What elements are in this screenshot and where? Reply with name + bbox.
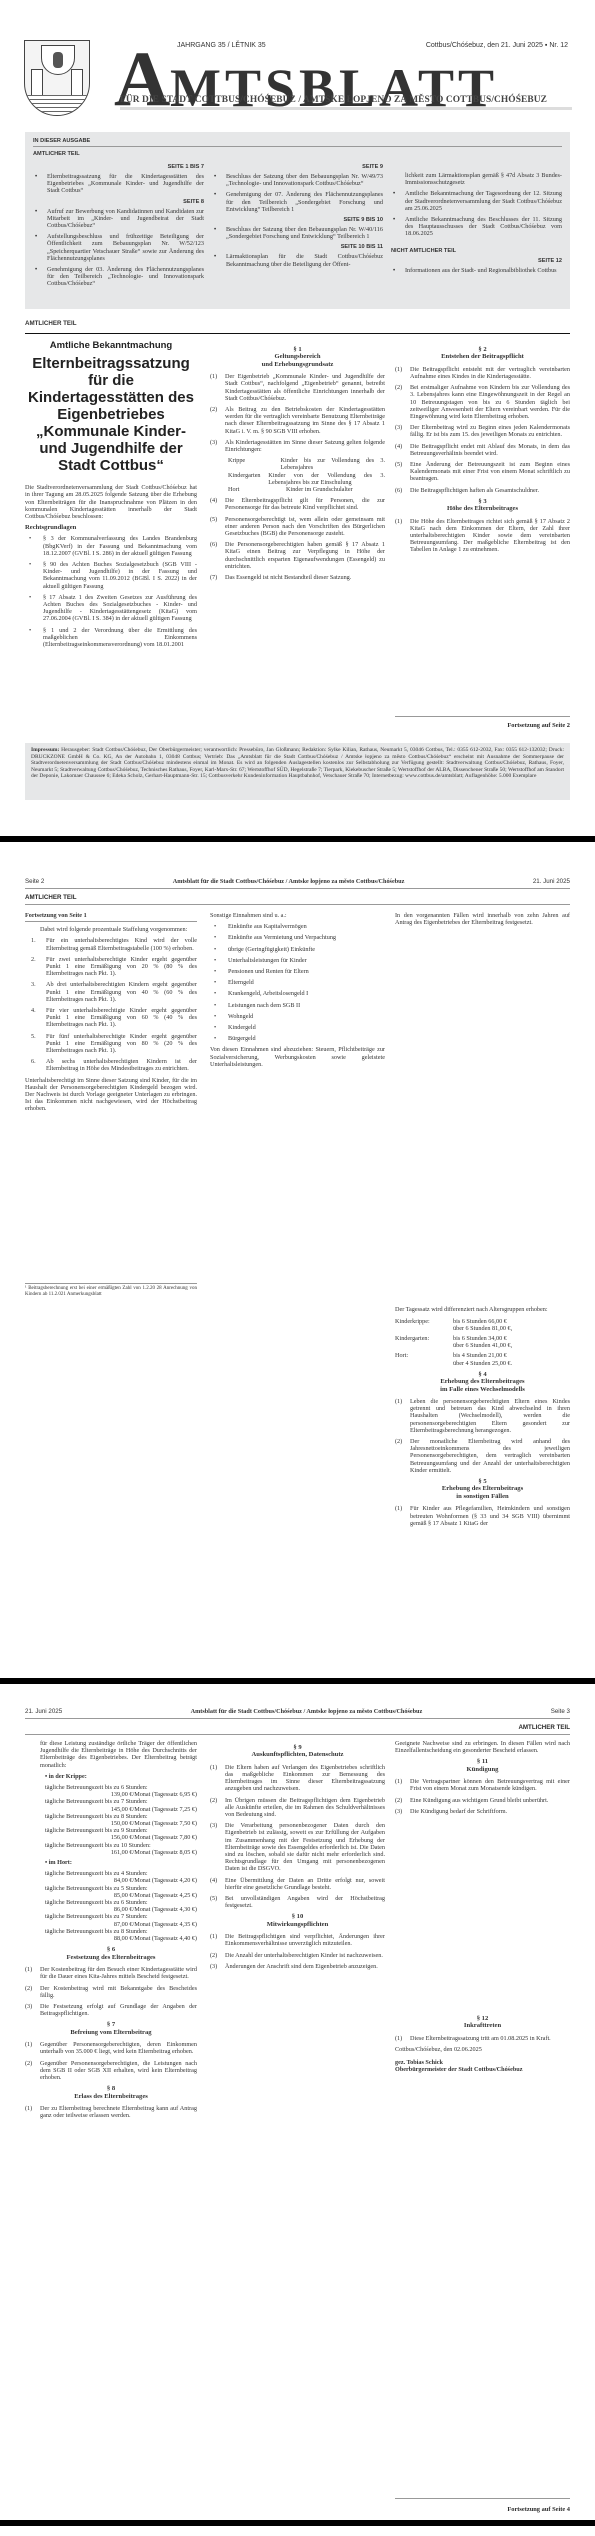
paragraph-5-heading: § 5 Erhebung des Elternbeitrags in sonst… <box>395 1478 570 1500</box>
rates-hort: • im Hort: tägliche Betreuungszeit bis z… <box>25 1859 197 1942</box>
paragraph-1-column: § 1 Geltungsbereich und Erhebungsgrundsa… <box>210 342 385 585</box>
place-date: Cottbus/Chóśebuz, den 02.06.2025 <box>395 2046 570 2053</box>
toc-item-continued[interactable]: lichkeit zum Lärmaktionsplan gemäß § 47d… <box>391 172 562 186</box>
legal-item: § 17 Absatz 1 des Zweiten Gesetzes zur A… <box>43 594 197 623</box>
paragraph-8-heading: § 8 Erlass des Elternbeitrages <box>25 2085 197 2100</box>
issue-date: 21. Juni 2025 <box>25 1708 62 1715</box>
masthead-subtitle: FÜR DIE STADT COTTBUS/CHÓŚEBUZ / AMTSKE … <box>120 95 572 110</box>
toc-item[interactable]: •Genehmigung der 03. Änderung des Fläche… <box>33 266 204 288</box>
paragraph-2-column: § 2 Entstehen der Beitragspflicht (1)Die… <box>395 342 570 558</box>
rates-krippe: • in der Krippe: tägliche Betreuungszeit… <box>25 1773 197 1856</box>
clause: Das Essengeld ist nicht Bestandteil dies… <box>225 574 351 581</box>
intro-text: Die Stadtverordnetenversammlung der Stad… <box>25 484 197 520</box>
daily-rates-table: Kinderkrippe:bis 6 Stunden 66,00 €über 6… <box>395 1318 570 1367</box>
clause: Die Beitragspflicht endet mit Ablauf des… <box>410 443 570 457</box>
page-number: Seite 3 <box>551 1708 570 1715</box>
toc-page-ref: SEITE 8 <box>33 199 204 205</box>
continued-link[interactable]: Fortsetzung auf Seite 2 <box>507 722 570 729</box>
issue-date: 21. Juni 2025 <box>533 878 570 885</box>
legal-item: § 90 des Achten Buches Sozialgesetzbuch … <box>43 561 197 590</box>
toc-page-ref: SEITE 1 BIS 7 <box>33 164 204 170</box>
clause: Als Kindertagesstätten im Sinne dieser S… <box>225 439 385 453</box>
clause: Die Höhe des Elternbeitrages richtet sic… <box>410 518 570 554</box>
staffel-item: Für ein unterhaltsberechtigtes Kind wird… <box>46 937 197 951</box>
page3-column-1: für diese Leistung zuständige örtliche T… <box>25 1740 197 2123</box>
paragraph-12-heading: § 12 Inkrafttreten <box>395 2015 570 2030</box>
page-2: Seite 2 Amtsblatt für die Stadt Cottbus/… <box>0 842 595 1684</box>
staffel-item: Für zwei unterhaltsberechtigte Kinder er… <box>46 956 197 978</box>
staffel-item: Ab drei unterhaltsberechtigten Kindern e… <box>46 981 197 1003</box>
table-of-contents: IN DIESER AUSGABE AMTLICHER TEIL SEITE 1… <box>25 132 570 309</box>
clause: Bei erstmaliger Aufnahme von Kindern bis… <box>410 384 570 420</box>
toc-item[interactable]: •Genehmigung der 07. Änderung des Fläche… <box>212 191 383 213</box>
clause: Die Beitragspflichtigen haften als Gesam… <box>410 487 539 494</box>
staffel-item: Für vier unterhaltsberechtigte Kinder er… <box>46 1007 197 1029</box>
paragraph-10-heading: § 10 Mitwirkungspflichten <box>210 1913 385 1928</box>
paragraph-4-heading: § 4 Erhebung des Elternbeitrages im Fall… <box>395 1371 570 1393</box>
clause: Der monatliche Elternbeitrag wird anhand… <box>410 1438 570 1474</box>
toc-item[interactable]: •Elternbeitragssatzung für die Kindertag… <box>33 173 204 195</box>
paragraph-7-heading: § 7 Befreiung vom Elternbeitrag <box>25 2021 197 2036</box>
body-text: In den vorgenannten Fällen wird innerhal… <box>395 912 570 926</box>
legal-basis-heading: Rechtsgrundlagen <box>25 524 197 531</box>
toc-item[interactable]: •Amtliche Bekanntmachung des Beschlusses… <box>391 216 562 238</box>
rates-intro: Der Tagessatz wird differenziert nach Al… <box>395 1306 570 1313</box>
page3-column-3: Geeignete Nachweise sind zu erbringen. I… <box>395 1740 570 2078</box>
page2-column-3: In den vorgenannten Fällen wird innerhal… <box>395 912 570 1531</box>
legal-item: § 1 und 2 der Verordnung über die Ermitt… <box>43 627 197 649</box>
clause: Die Personensorgeberechtigten haben gemä… <box>225 541 385 570</box>
toc-item[interactable]: •Aufstellungsbeschluss und frühzeitige B… <box>33 233 204 262</box>
announcement-title: Elternbeitragssatzung für die Kindertage… <box>25 355 197 474</box>
toc-unofficial-label: NICHT AMTLICHER TEIL <box>391 248 562 254</box>
clause: Eine Änderung der Betreuungszeit ist zum… <box>410 461 570 483</box>
issue-date-number: Cottbus/Chóśebuz, den 21. Juni 2025 ▪ Nr… <box>426 42 568 49</box>
staffel-intro: Dabei wird folgende prozentuale Staffelu… <box>25 926 197 933</box>
body-text: Sonstige Einnahmen sind u. a.: <box>210 912 385 919</box>
running-header: 21. Juni 2025 Amtsblatt für die Stadt Co… <box>25 1708 570 1719</box>
page-number: Seite 2 <box>25 878 44 885</box>
toc-column-1: SEITE 1 BIS 7 •Elternbeitragssatzung für… <box>33 160 204 292</box>
legal-item: § 3 der Kommunalverfassung des Landes Br… <box>43 535 197 557</box>
clause: Die Elternbeitragspflicht gilt für Perso… <box>225 497 385 511</box>
clause: Der Elternbeitrag wird zu Beginn eines j… <box>410 424 570 438</box>
body-text: für diese Leistung zuständige örtliche T… <box>25 1740 197 1769</box>
toc-page-ref: SEITE 9 BIS 10 <box>212 217 383 223</box>
running-title: Amtsblatt für die Stadt Cottbus/Chóśebuz… <box>191 1708 423 1715</box>
continued-from: Fortsetzung von Seite 1 <box>25 912 197 922</box>
staffel-item: Ab sechs unterhaltsberechtigten Kindern … <box>46 1058 197 1072</box>
facility-types: KrippeKinder bis zur Vollendung des 3. L… <box>210 457 385 493</box>
toc-page-ref: SEITE 12 <box>391 258 562 264</box>
toc-page-ref: SEITE 9 <box>212 164 383 170</box>
paragraph-1-heading: § 1 Geltungsbereich und Erhebungsgrundsa… <box>210 346 385 368</box>
toc-item[interactable]: •Amtliche Bekanntmachung der Tagesordnun… <box>391 190 562 212</box>
toc-official-label: AMTLICHER TEIL <box>33 151 562 157</box>
signer-role: Oberbürgermeister der Stadt Cottbus/Chóś… <box>395 2066 570 2073</box>
page-3: 21. Juni 2025 Amtsblatt für die Stadt Co… <box>0 1684 595 2526</box>
paragraph-2-heading: § 2 Entstehen der Beitragspflicht <box>395 346 570 361</box>
clause: Leben die personensorgeberechtigten Elte… <box>410 1398 570 1434</box>
continued-link[interactable]: Fortsetzung auf Seite 4 <box>507 2506 570 2513</box>
paragraph-3-heading: § 3 Höhe des Elternbeitrages <box>395 498 570 513</box>
page3-column-2: § 9 Auskunftspflichten, Datenschutz (1)D… <box>210 1740 385 1974</box>
masthead: JAHRGANG 35 / LĚTNIK 35 Cottbus/Chóśebuz… <box>24 40 572 116</box>
announcement-label: Amtliche Bekanntmachung <box>25 342 197 349</box>
toc-item[interactable]: •Aufruf zur Bewerbung von Kandidatinnen … <box>33 208 204 230</box>
body-text: Von diesen Einnahmen sind abzuziehen: St… <box>210 1046 385 1068</box>
section-header: AMTLICHER TEIL <box>25 320 570 334</box>
section-header: AMTLICHER TEIL <box>25 894 570 905</box>
clause: Personensorgeberechtigt ist, wem allein … <box>225 516 385 538</box>
paragraph-9-heading: § 9 Auskunftspflichten, Datenschutz <box>210 1744 385 1759</box>
clause: Die Beitragspflicht entsteht mit der ver… <box>410 366 570 380</box>
toc-page-ref: SEITE 10 BIS 11 <box>212 244 383 250</box>
running-header: Seite 2 Amtsblatt für die Stadt Cottbus/… <box>25 878 570 889</box>
toc-heading: IN DIESER AUSGABE <box>33 138 562 147</box>
body-text: Geeignete Nachweise sind zu erbringen. I… <box>395 1740 570 1754</box>
toc-column-3: lichkeit zum Lärmaktionsplan gemäß § 47d… <box>391 160 562 292</box>
paragraph-11-heading: § 11 Kündigung <box>395 1758 570 1773</box>
volume-label: JAHRGANG 35 / LĚTNIK 35 <box>177 42 266 49</box>
impressum: Impressum: Herausgeber: Stadt Cottbus/Ch… <box>25 743 570 800</box>
signature: gez. Tobias Schick <box>395 2059 570 2066</box>
city-crest-icon <box>24 40 90 116</box>
body-text: Unterhaltsberechtigt im Sinne dieser Sat… <box>25 1077 197 1113</box>
toc-column-2: SEITE 9 •Beschluss der Satzung über den … <box>212 160 383 292</box>
footnote: ¹ Beitragsberechnung erst bei einer ermä… <box>25 1283 197 1298</box>
clause: Für Kinder aus Pflegefamilien, Heimkinde… <box>410 1505 570 1527</box>
section-header: AMTLICHER TEIL <box>25 1724 570 1735</box>
toc-item[interactable]: •Beschluss der Satzung über den Bebauung… <box>212 173 383 187</box>
paragraph-6-heading: § 6 Festsetzung des Elternbeitrages <box>25 1946 197 1961</box>
page-1: JAHRGANG 35 / LĚTNIK 35 Cottbus/Chóśebuz… <box>0 0 595 842</box>
clause: Der Eigenbetrieb „Kommunale Kinder- und … <box>225 373 385 402</box>
running-title: Amtsblatt für die Stadt Cottbus/Chóśebuz… <box>173 878 405 885</box>
toc-item[interactable]: •Informationen aus der Stadt- und Region… <box>391 267 562 274</box>
page2-column-2: Sonstige Einnahmen sind u. a.: •Einkünft… <box>210 912 385 1072</box>
announcement-column: Amtliche Bekanntmachung Elternbeitragssa… <box>25 342 197 652</box>
impressum-text: Herausgeber: Stadt Cottbus/Chóśebuz, Der… <box>31 747 564 779</box>
clause: Als Beitrag zu den Betriebskosten der Ki… <box>225 406 385 435</box>
page2-column-1: Fortsetzung von Seite 1 Dabei wird folge… <box>25 912 197 1298</box>
toc-item[interactable]: •Beschluss der Satzung über den Bebauung… <box>212 226 383 240</box>
staffel-item: Für fünf unterhaltsberechtigte Kinder er… <box>46 1033 197 1055</box>
toc-item[interactable]: •Lärmaktionsplan für die Stadt Cottbus/C… <box>212 253 383 267</box>
impressum-label: Impressum: <box>31 747 59 753</box>
